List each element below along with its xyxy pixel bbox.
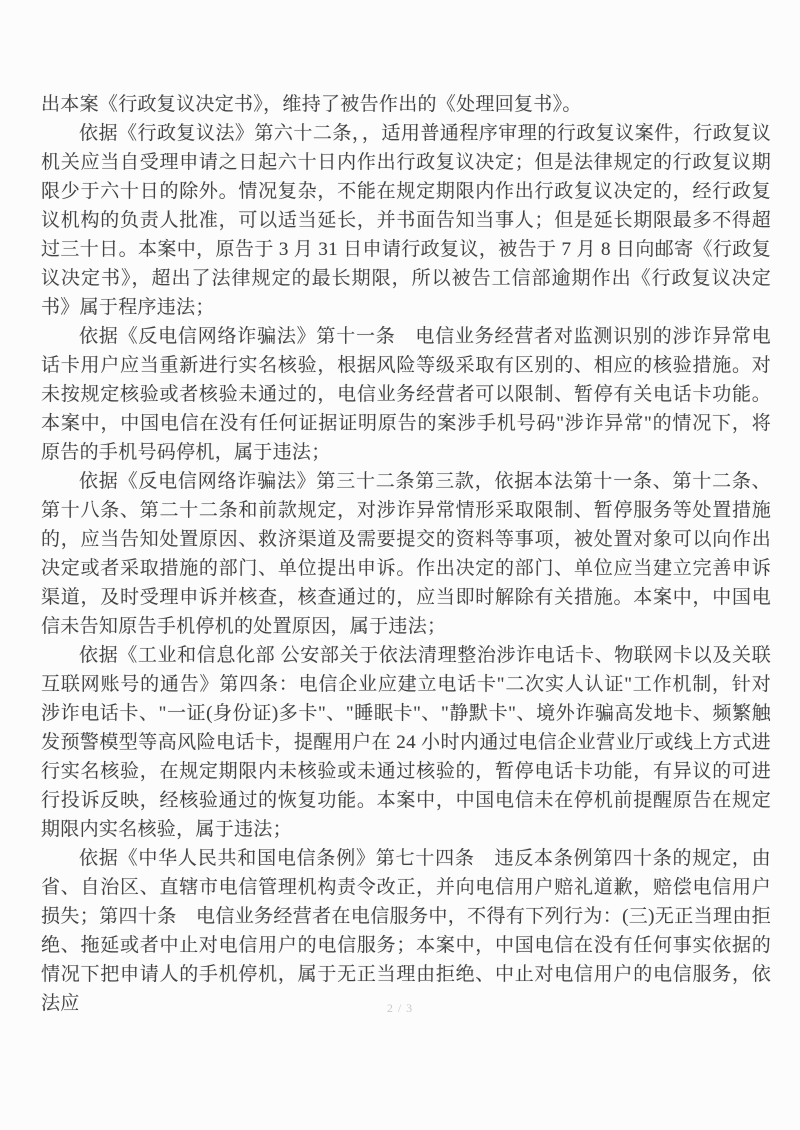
paragraph-continuation: 出本案《行政复议决定书》，维持了被告作出的《处理回复书》。 — [41, 90, 771, 119]
paragraph-anti-telecom-fraud-law-art11: 依据《反电信网络诈骗法》第十一条 电信业务经营者对监测识别的涉诈异常电话卡用户应… — [41, 322, 771, 467]
paragraph-miit-mps-notice-art4: 依据《工业和信息化部 公安部关于依法清理整治涉诈电话卡、物联网卡以及关联互联网账… — [41, 641, 771, 844]
document-page: 出本案《行政复议决定书》，维持了被告作出的《处理回复书》。 依据《行政复议法》第… — [0, 0, 800, 1130]
paragraph-anti-telecom-fraud-law-art32: 依据《反电信网络诈骗法》第三十二条第三款，依据本法第十一条、第十二条、第十八条、… — [41, 467, 771, 641]
paragraph-telecom-regulations-art74: 依据《中华人民共和国电信条例》第七十四条 违反本条例第四十条的规定，由省、自治区… — [41, 844, 771, 1018]
page-number: 2 / 3 — [387, 1001, 413, 1015]
document-body-text: 出本案《行政复议决定书》，维持了被告作出的《处理回复书》。 依据《行政复议法》第… — [41, 90, 771, 1018]
paragraph-admin-reconsideration-law: 依据《行政复议法》第六十二条，，适用普通程序审理的行政复议案件，行政复议机关应当… — [41, 119, 771, 322]
page-footer: 2 / 3 — [0, 1000, 800, 1016]
